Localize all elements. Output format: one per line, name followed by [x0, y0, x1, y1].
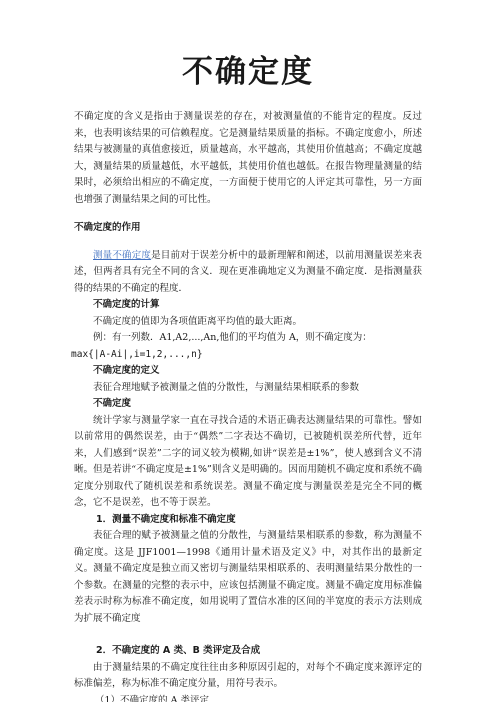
document-title: 不确定度 — [74, 52, 422, 92]
intro-paragraph: 不确定度的含义是指由于测量误差的存在，对被测量值的不能肯定的程度。反过来，也表明… — [74, 109, 422, 208]
document-page: 不确定度 不确定度的含义是指由于测量误差的存在，对被测量值的不能肯定的程度。反过… — [0, 0, 496, 702]
measurement-uncertainty-link[interactable]: 测量不确定度 — [93, 250, 151, 261]
section-uncertainty-heading: 不确定度 — [93, 396, 422, 413]
document-content: 不确定度 不确定度的含义是指由于测量误差的存在，对被测量值的不能肯定的程度。反过… — [0, 0, 496, 702]
calculation-line-1: 不确定度的值即为各项值距离平均值的最大距离。 — [93, 314, 422, 331]
definition-text: 表征合理地赋予被测量之值的分散性，与测量结果相联系的参数 — [93, 380, 422, 397]
standard-paragraph: 表征合理的赋予被测量之值的分散性，与测量结果相联系的参数，称为测量不确定度。这是… — [74, 528, 422, 627]
uncertainty-formula: max{|A-Ai|,i=1,2,...,n} — [71, 347, 422, 364]
evaluation-paragraph: 由于测量结果的不确定度往往由多种原因引起的，对每个不确定度来源评定的标准偏差，称… — [74, 660, 422, 693]
section-standard-heading: 1．测量不确定度和标准不确定度 — [96, 512, 422, 529]
section-calculation-heading: 不确定度的计算 — [93, 297, 422, 314]
evaluation-item-1: （1）不确定度的 A 类评定 — [95, 693, 422, 702]
calculation-line-2: 例：有一列数．A1,A2,...,An,他们的平均值为 A，则不确定度为： — [93, 330, 422, 347]
section-role-paragraph: 测量不确定度是目前对于误差分析中的最新理解和阐述，以前用测量误差来表述，但两者具… — [74, 248, 422, 298]
section-evaluation-heading: 2．不确定度的 A 类、B 类评定及合成 — [96, 643, 422, 660]
uncertainty-paragraph: 统计学家与测量学家一直在寻找合适的术语正确表达测量结果的可靠性。譬如以前常用的偶… — [74, 413, 422, 512]
section-role-heading: 不确定度的作用 — [74, 220, 422, 237]
section-definition-heading: 不确定度的定义 — [93, 363, 422, 380]
